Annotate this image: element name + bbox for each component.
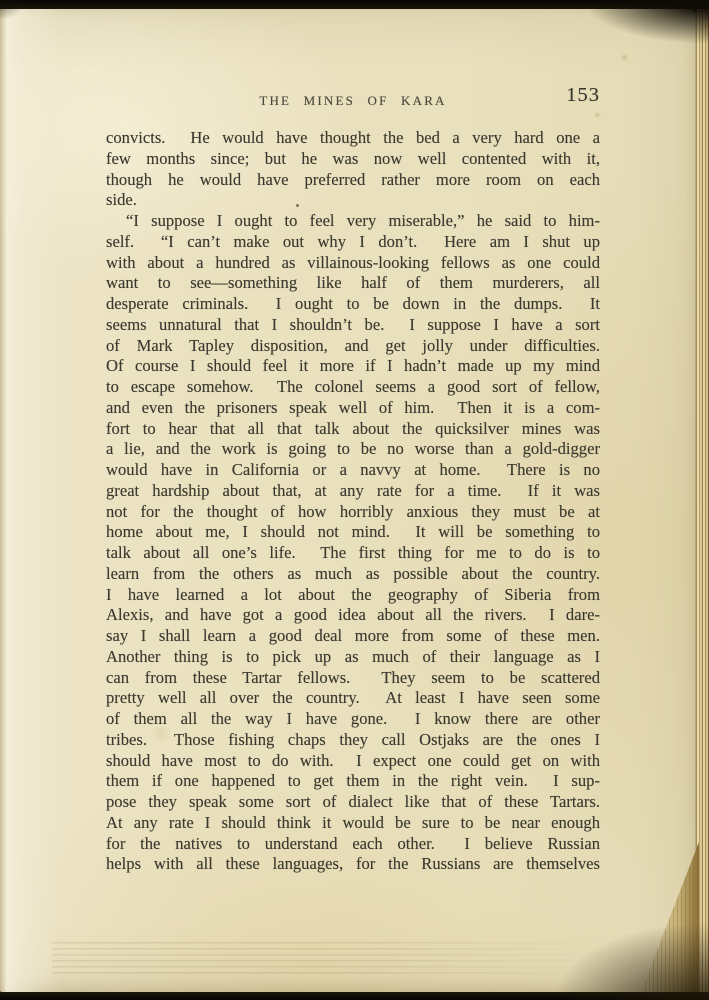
text-line: pretty well all over the country. At lea… [106,688,600,709]
text-line: few months since; but he was now well co… [106,149,600,170]
book-fore-edge-pages [696,8,709,992]
text-line: pose they speak some sort of dialect lik… [106,792,600,813]
text-line: would have in California or a navvy at h… [106,460,600,481]
text-line: and even the prisoners speak well of him… [106,398,600,419]
top-right-corner-shadow [579,0,709,46]
text-line: I have learned a lot about the geography… [106,585,600,606]
text-line: “I suppose I ought to feel very miserabl… [106,211,600,232]
page-number: 153 [566,84,600,107]
top-left-corner-shadow [0,0,26,20]
text-line: great hardship about that, at any rate f… [106,481,600,502]
text-line: talk about all one’s life. The first thi… [106,543,600,564]
text-line: with about a hundred as villainous-looki… [106,253,600,274]
text-line: should have most to do with. I expect on… [106,751,600,772]
text-line: Alexis, and have got a good idea about a… [106,605,600,626]
running-title: THE MINES OF KARA [106,93,600,109]
text-line: Another thing is to pick up as much of t… [106,647,600,668]
book-scan: THE MINES OF KARA 153 convicts. He would… [0,0,709,1000]
text-line: say I shall learn a good deal more from … [106,626,600,647]
page-body: convicts. He would have thought the bed … [106,128,600,875]
text-line: a lie, and the work is going to be no wo… [106,439,600,460]
text-line: can from these Tartar fellows. They seem… [106,668,600,689]
underlying-page-edges [52,942,592,978]
page-header: THE MINES OF KARA 153 [106,90,600,114]
text-line: Of course I should feel it more if I had… [106,356,600,377]
page-left-edge-highlight [0,8,62,992]
text-line: side. [106,190,600,211]
text-line: them if one happened to get them in the … [106,771,600,792]
text-line: desperate criminals. I ought to be down … [106,294,600,315]
text-line: tribes. Those fishing chaps they call Os… [106,730,600,751]
text-line: self. “I can’t make out why I don’t. Her… [106,232,600,253]
text-line: fort to hear that all that talk about th… [106,419,600,440]
text-line: for the natives to understand each other… [106,834,600,855]
text-line: At any rate I should think it would be s… [106,813,600,834]
text-line: want to see—something like half of them … [106,273,600,294]
text-line: though he would have preferred rather mo… [106,170,600,191]
text-line: to escape somehow. The colonel seems a g… [106,377,600,398]
text-line: of them all the way I have gone. I know … [106,709,600,730]
text-line: convicts. He would have thought the bed … [106,128,600,149]
text-line: home about me, I should not mind. It wil… [106,522,600,543]
text-line: not for the thought of how horribly anxi… [106,502,600,523]
text-line: helps with all these languages, for the … [106,854,600,875]
stain-spot [620,54,629,61]
text-line: seems unnatural that I shouldn’t be. I s… [106,315,600,336]
text-line: of Mark Tapley disposition, and get joll… [106,336,600,357]
text-line: learn from the others as much as possibl… [106,564,600,585]
